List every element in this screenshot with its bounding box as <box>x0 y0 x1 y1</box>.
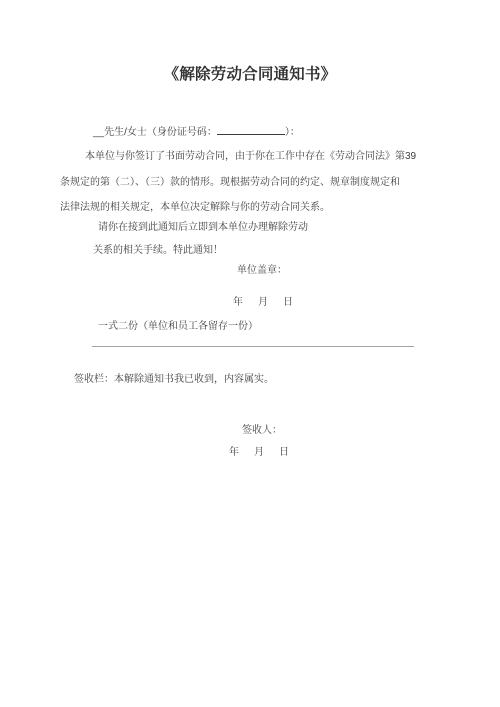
body-paragraph: 本单位与你签订了书面劳动合同，由于你在工作中存在《劳动合同法》第39 条规定的第… <box>60 144 416 221</box>
body-line: 本单位与你签订了书面劳动合同，由于你在工作中存在《劳动合同法》第39 <box>60 144 416 170</box>
document-title: 《解除劳动合同通知书》 <box>0 66 500 85</box>
signer-label: 签收人： <box>242 425 282 437</box>
greeting-closing: ）： <box>285 127 300 138</box>
id-number-label: （身份证号码： <box>147 127 217 138</box>
salutation-text: 先生/女士 <box>104 127 147 138</box>
notice-line: 关系的相关手续。特此通知！ <box>93 245 223 257</box>
body-line: 条规定的第（二）、（三）款的情形。现根据劳动合同的约定、规章制度规定和 <box>60 170 416 196</box>
greeting-line: __先生/女士（身份证号码：）： <box>93 124 300 139</box>
receipt-date-line: 年 月 日 <box>229 447 292 459</box>
date-line: 年 月 日 <box>233 297 296 309</box>
receipt-acknowledgement: 签收栏：本解除通知书我已收到，内容属实。 <box>74 374 274 386</box>
section-divider <box>92 346 414 347</box>
document-page: 《解除劳动合同通知书》 __先生/女士（身份证号码：）： 本单位与你签订了书面劳… <box>0 0 500 707</box>
id-number-blank-field <box>217 124 285 135</box>
body-line: 法律法规的相关规定，本单位决定解除与你的劳动合同关系。 <box>60 195 416 221</box>
notice-line: 请你在接到此通知后立即到本单位办理解除劳动 <box>98 222 308 234</box>
name-blank: __ <box>93 127 104 138</box>
copies-note: 一式二份（单位和员工各留存一份） <box>98 321 258 333</box>
unit-seal-label: 单位盖章： <box>237 265 287 277</box>
